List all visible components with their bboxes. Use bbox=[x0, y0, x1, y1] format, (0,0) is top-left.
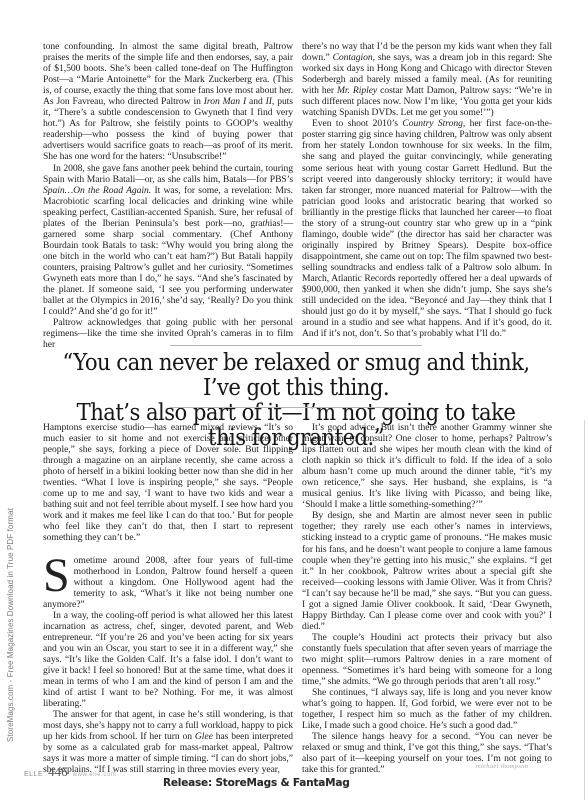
page-edge-line bbox=[584, 420, 585, 800]
folio-url: www.elle.com bbox=[73, 772, 117, 778]
paragraph: Hamptons exercise studio—has earned mixe… bbox=[43, 422, 293, 544]
paragraph: The couple’s Houdini act protects their … bbox=[302, 632, 552, 687]
article-column-bottom-left: Hamptons exercise studio—has earned mixe… bbox=[43, 422, 293, 775]
paragraph: It’s good advice. But isn’t there anothe… bbox=[302, 422, 552, 510]
paragraph: In 2008, she gave fans another peek behi… bbox=[43, 163, 293, 318]
paragraph: there’s no way that I’d be the person my… bbox=[302, 41, 552, 118]
folio: ELLE 446 www.elle.com bbox=[24, 764, 117, 780]
pull-quote-top-rule bbox=[170, 345, 422, 346]
article-column-bottom-right: It’s good advice. But isn’t there anothe… bbox=[302, 422, 552, 776]
paragraph: tone confounding. In almost the same dig… bbox=[43, 41, 293, 163]
photo-credit: michael thompson bbox=[476, 763, 528, 770]
article-column-top-right: there’s no way that I’d be the person my… bbox=[302, 41, 552, 339]
pull-quote-line-1: “You can never be relaxed or smug and th… bbox=[57, 351, 535, 401]
paragraph-drop-cap: Sometime around 2008, after four years o… bbox=[43, 555, 293, 610]
paragraph: She continues, “I always say, life is lo… bbox=[302, 687, 552, 731]
paragraph: Even to shoot 2010’s Country Strong, her… bbox=[302, 118, 552, 339]
side-watermark: StoreMags.com - Free Magazines Download … bbox=[6, 508, 15, 742]
pull-quote-bottom-rule bbox=[170, 407, 422, 408]
folio-brand: ELLE bbox=[24, 771, 43, 778]
release-banner: Release: StoreMags & FantaMag bbox=[163, 777, 350, 789]
article-column-top-left: tone confounding. In almost the same dig… bbox=[43, 41, 293, 350]
paragraph: By design, she and Martin are almost nev… bbox=[302, 510, 552, 632]
page-number: 446 bbox=[48, 764, 68, 780]
section-break bbox=[43, 544, 293, 555]
paragraph: In a way, the cooling-off period is what… bbox=[43, 610, 293, 709]
drop-cap: S bbox=[43, 556, 70, 596]
